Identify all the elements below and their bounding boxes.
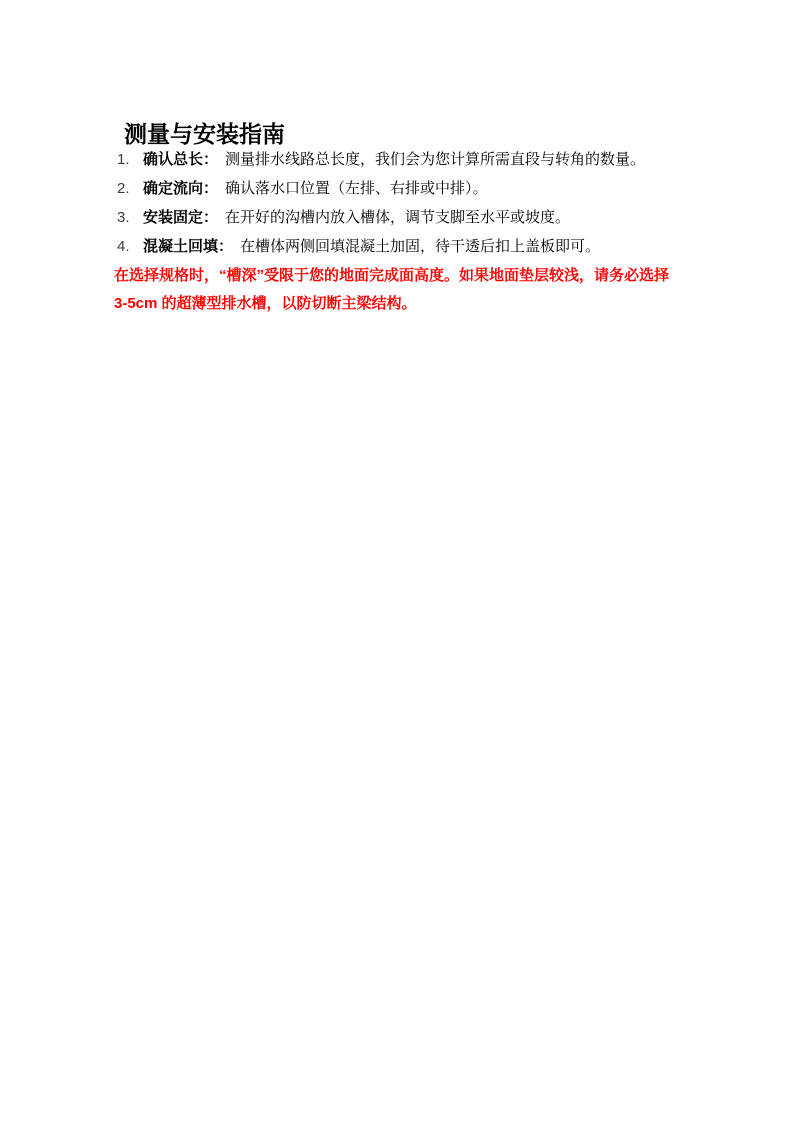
list-item-label: 确认总长： <box>143 150 218 169</box>
list-item-text: 在开好的沟槽内放入槽体，调节支脚至水平或坡度。 <box>225 208 570 227</box>
list-item-install-fix: 3. 安装固定： 在开好的沟槽内放入槽体，调节支脚至水平或坡度。 <box>117 208 737 227</box>
list-item-label: 安装固定： <box>143 208 218 227</box>
warning-line-2: 3-5cm 的超薄型排水槽，以防切断主梁结构。 <box>114 290 714 318</box>
document-page: 测量与安装指南 1. 确认总长： 测量排水线路总长度，我们会为您计算所需直段与转… <box>0 0 794 1123</box>
list-number: 1. <box>117 150 143 169</box>
list-item-confirm-length: 1. 确认总长： 测量排水线路总长度，我们会为您计算所需直段与转角的数量。 <box>117 150 737 169</box>
list-item-label: 混凝土回填： <box>143 237 233 256</box>
list-item-text: 测量排水线路总长度，我们会为您计算所需直段与转角的数量。 <box>225 150 645 169</box>
installation-steps-list: 1. 确认总长： 测量排水线路总长度，我们会为您计算所需直段与转角的数量。 2.… <box>117 150 737 266</box>
list-item-text: 确认落水口位置（左排、右排或中排）。 <box>225 179 488 198</box>
list-number: 2. <box>117 179 143 198</box>
warning-line-1: 在选择规格时，“槽深”受限于您的地面完成面高度。如果地面垫层较浅，请务必选择 <box>114 262 714 290</box>
list-item-label: 确定流向： <box>143 179 218 198</box>
warning-note: 在选择规格时，“槽深”受限于您的地面完成面高度。如果地面垫层较浅，请务必选择 3… <box>114 262 714 318</box>
list-number: 3. <box>117 208 143 227</box>
list-item-text: 在槽体两侧回填混凝土加固，待干透后扣上盖板即可。 <box>240 237 600 256</box>
page-title: 测量与安装指南 <box>124 121 285 148</box>
list-item-confirm-flow: 2. 确定流向： 确认落水口位置（左排、右排或中排）。 <box>117 179 737 198</box>
list-number: 4. <box>117 237 143 256</box>
list-item-concrete-backfill: 4. 混凝土回填： 在槽体两侧回填混凝土加固，待干透后扣上盖板即可。 <box>117 237 737 256</box>
